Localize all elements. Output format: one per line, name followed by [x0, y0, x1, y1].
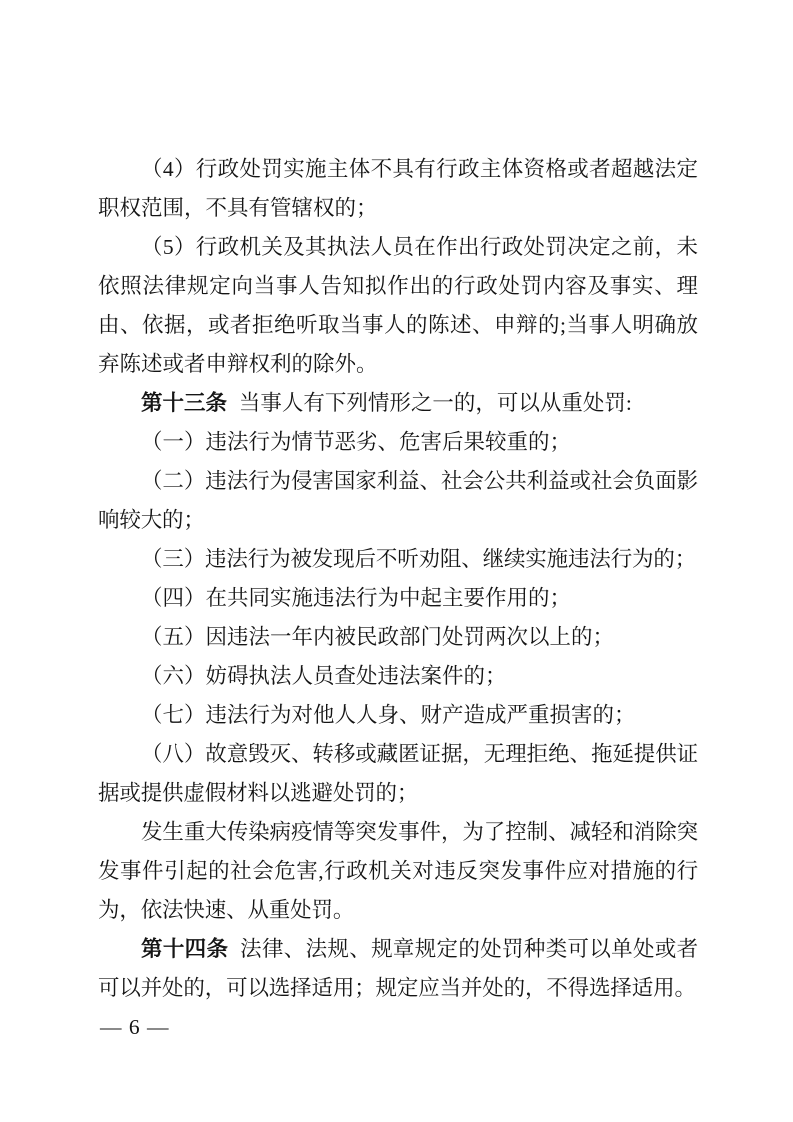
item-text: （七）违法行为对他人人身、财产造成严重损害的； [141, 703, 636, 727]
clause-text: （5）行政机关及其执法人员在作出行政处罚决定之前，未依照法律规定向当事人告知拟作… [98, 235, 698, 376]
item-text: （二）违法行为侵害国家利益、社会公共利益或社会负面影响较大的； [98, 469, 698, 532]
clause-text: （4）行政处罚实施主体不具有行政主体资格或者超越法定职权范围，不具有管辖权的； [98, 157, 698, 220]
item-text: （六）妨碍执法人员查处违法案件的； [141, 664, 507, 688]
item-5-paragraph: （五）因违法一年内被民政部门处罚两次以上的； [98, 618, 698, 657]
item-text: （一）违法行为情节恶劣、危害后果较重的； [141, 430, 571, 454]
item-text: （四）在共同实施违法行为中起主要作用的； [141, 586, 571, 610]
document-body: （4）行政处罚实施主体不具有行政主体资格或者超越法定职权范围，不具有管辖权的； … [98, 150, 698, 1008]
item-text: （五）因违法一年内被民政部门处罚两次以上的； [141, 625, 614, 649]
clause-paragraph-5: （5）行政机关及其执法人员在作出行政处罚决定之前，未依照法律规定向当事人告知拟作… [98, 228, 698, 384]
item-7-paragraph: （七）违法行为对他人人身、财产造成严重损害的； [98, 696, 698, 735]
clause-paragraph-4: （4）行政处罚实施主体不具有行政主体资格或者超越法定职权范围，不具有管辖权的； [98, 150, 698, 228]
article-13-paragraph: 第十三条当事人有下列情形之一的，可以从重处罚: [98, 384, 698, 423]
emergency-clause-paragraph: 发生重大传染病疫情等突发事件，为了控制、减轻和消除突发事件引起的社会危害,行政机… [98, 813, 698, 930]
item-2-paragraph: （二）违法行为侵害国家利益、社会公共利益或社会负面影响较大的； [98, 462, 698, 540]
item-text: （八）故意毁灭、转移或藏匿证据，无理拒绝、拖延提供证据或提供虚假材料以逃避处罚的… [98, 742, 698, 805]
document-page: （4）行政处罚实施主体不具有行政主体资格或者超越法定职权范围，不具有管辖权的； … [0, 0, 793, 1122]
item-3-paragraph: （三）违法行为被发现后不听劝阻、继续实施违法行为的； [98, 540, 698, 579]
article-14-number: 第十四条 [141, 937, 228, 961]
page-number: — 6 — [100, 1008, 170, 1047]
article-13-text: 当事人有下列情形之一的，可以从重处罚: [239, 391, 632, 415]
item-6-paragraph: （六）妨碍执法人员查处违法案件的； [98, 657, 698, 696]
item-text: （三）违法行为被发现后不听劝阻、继续实施违法行为的； [141, 547, 696, 571]
item-1-paragraph: （一）违法行为情节恶劣、危害后果较重的； [98, 423, 698, 462]
item-8-paragraph: （八）故意毁灭、转移或藏匿证据，无理拒绝、拖延提供证据或提供虚假材料以逃避处罚的… [98, 735, 698, 813]
article-14-paragraph: 第十四条法律、法规、规章规定的处罚种类可以单处或者可以并处的，可以选择适用；规定… [98, 930, 698, 1008]
clause-text: 发生重大传染病疫情等突发事件，为了控制、减轻和消除突发事件引起的社会危害,行政机… [98, 820, 698, 922]
article-13-number: 第十三条 [141, 391, 227, 415]
item-4-paragraph: （四）在共同实施违法行为中起主要作用的； [98, 579, 698, 618]
